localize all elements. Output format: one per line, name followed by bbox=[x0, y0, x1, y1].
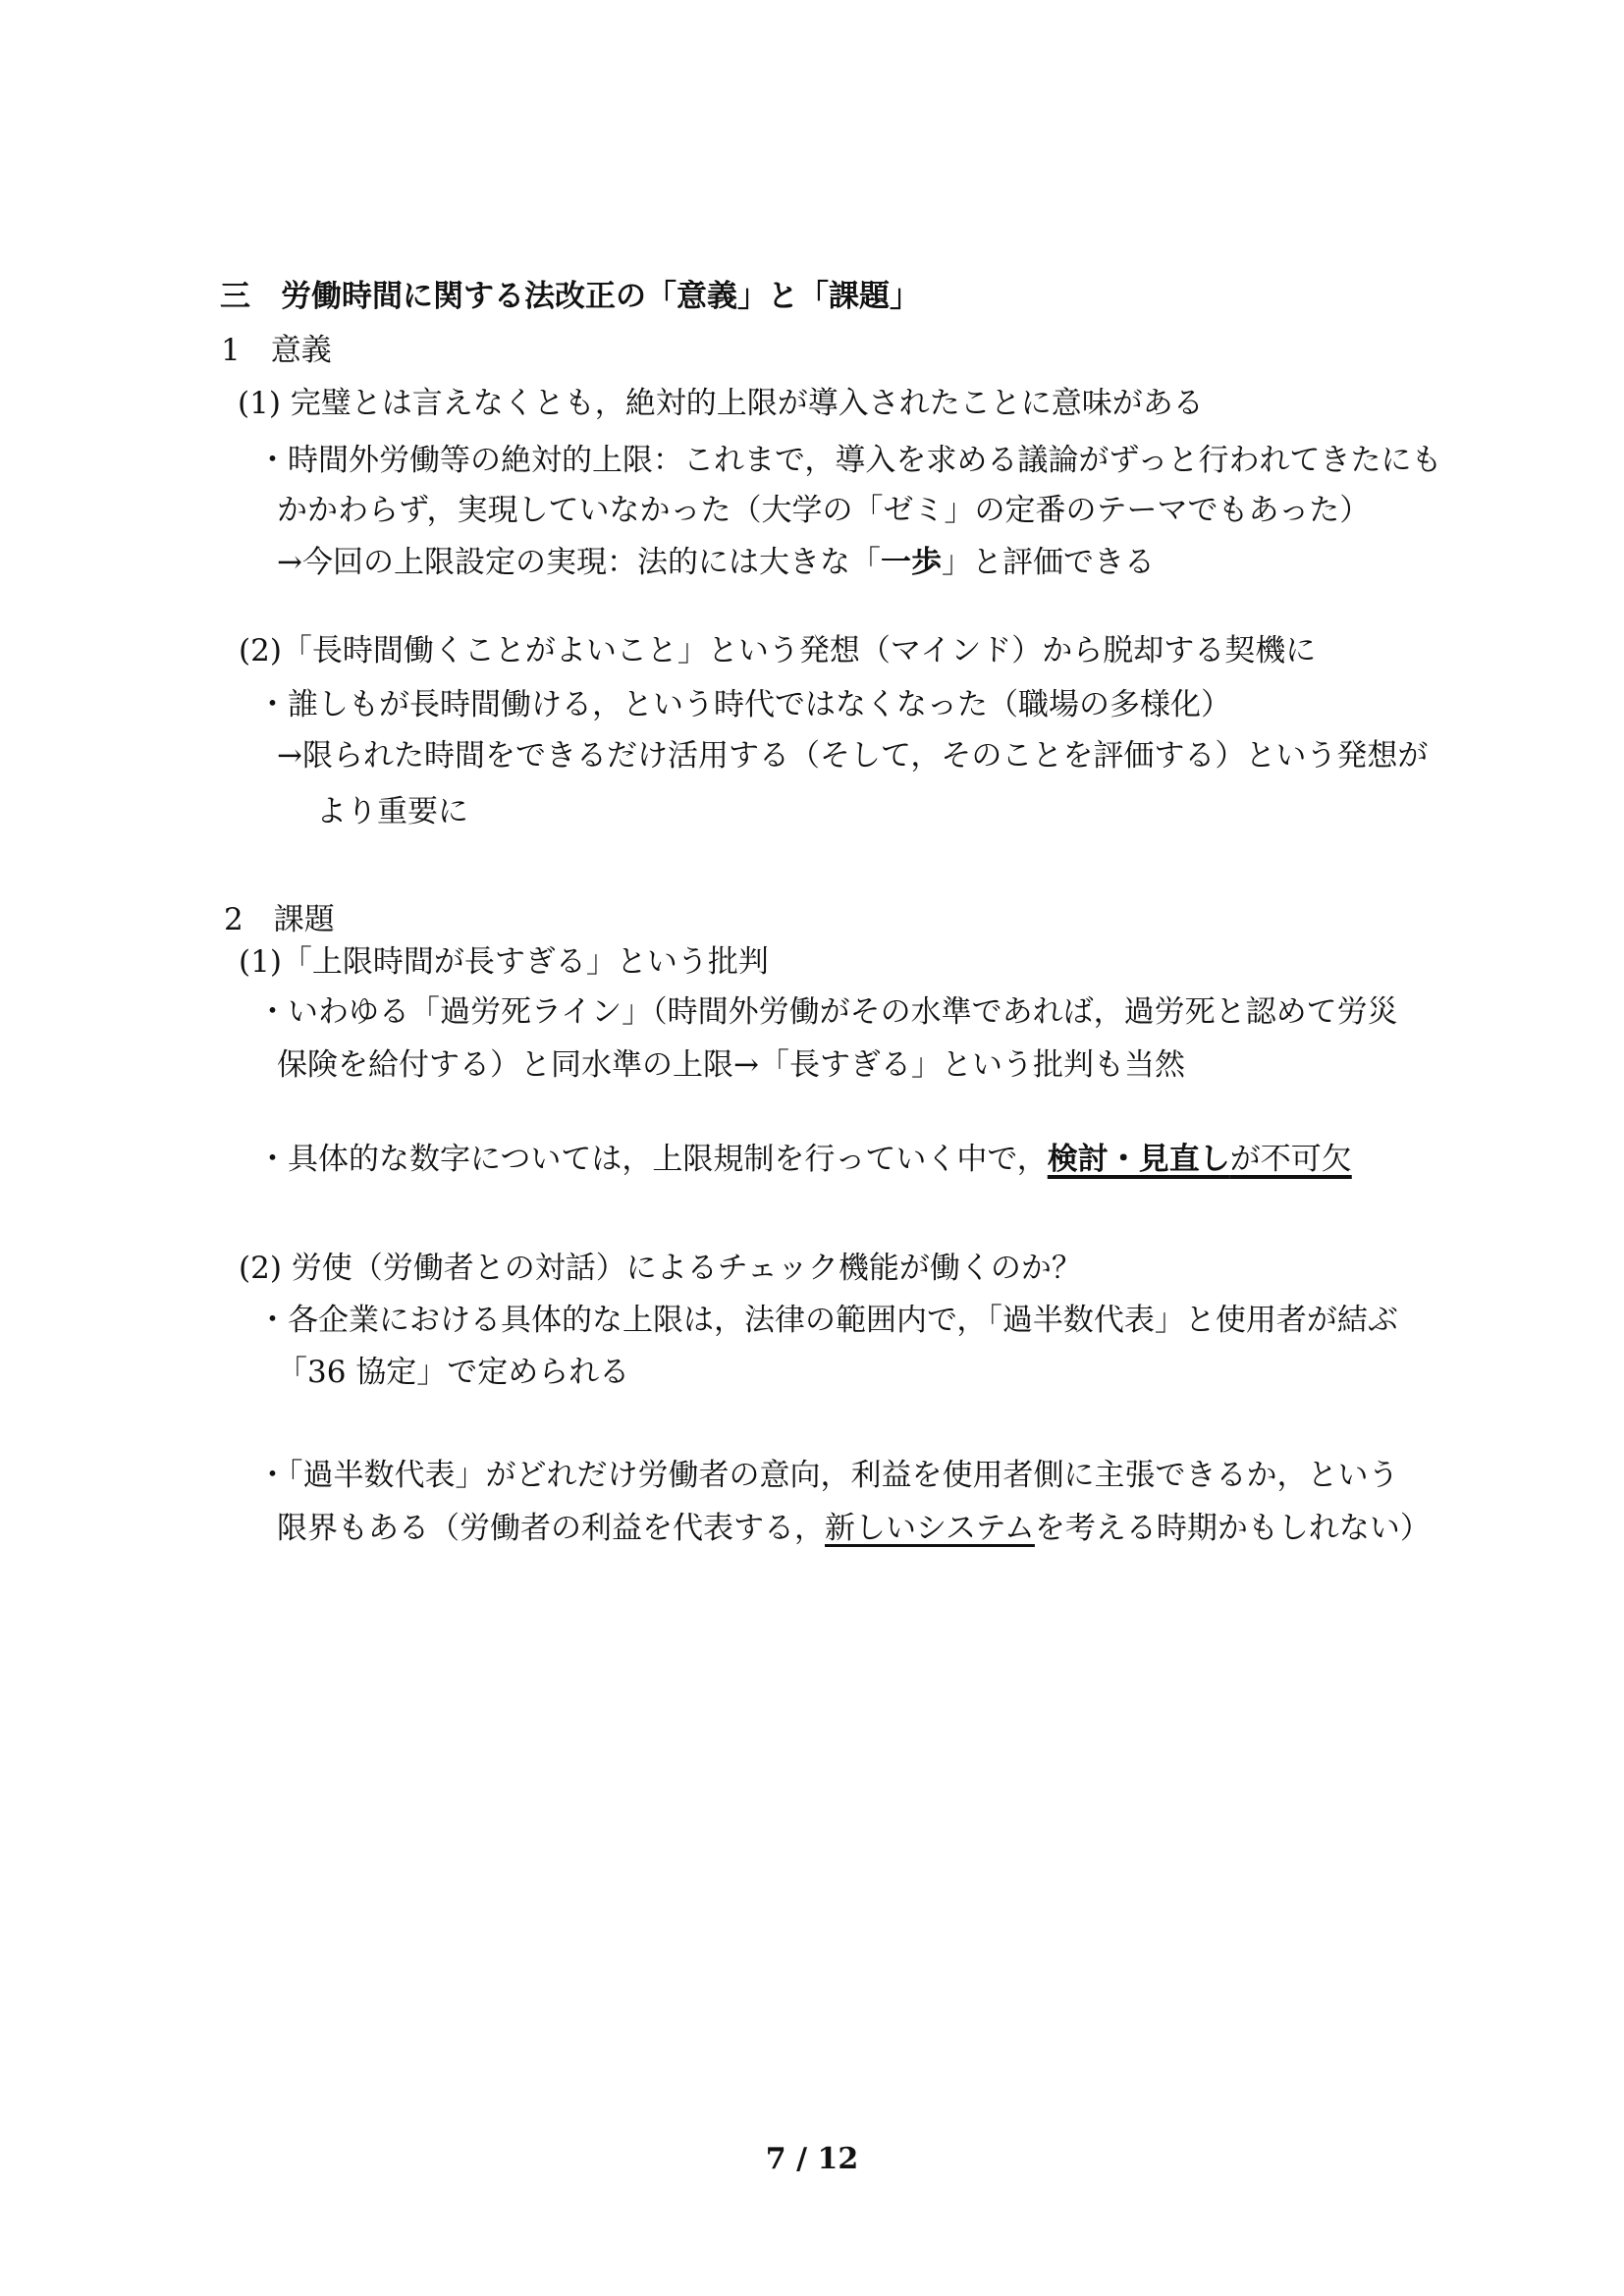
part1-heading-text: 1 意義 bbox=[221, 333, 332, 368]
part2-item2-heading-text: (2) 労使（労働者との対話）によるチェック機能が働くのか？ bbox=[239, 1251, 1082, 1286]
section-heading-text: 三 労働時間に関する法改正の「意義」と「課題」 bbox=[220, 277, 920, 316]
bullet-text: ・「過半数代表」がどれだけ労働者の意向，利益を使用者側に主張できるか，という bbox=[257, 1458, 1399, 1493]
bullet-continuation-text-end: を考える時期かもしれない） bbox=[1035, 1511, 1431, 1546]
part2-item2-heading: (2) 労使（労働者との対話）によるチェック機能が働くのか？ bbox=[239, 1249, 1082, 1288]
underlined-new-system: 新しいシステム bbox=[825, 1511, 1035, 1546]
part2-item2-bullet2-line2: 限界もある（労働者の利益を代表する，新しいシステムを考える時期かもしれない） bbox=[277, 1509, 1431, 1548]
part2-item1-bullet2: ・具体的な数字については，上限規制を行っていく中で，検討・見直しが不可欠 bbox=[257, 1140, 1352, 1179]
part1-item1-heading: (1) 完璧とは言えなくとも，絶対的上限が導入されたことに意味がある bbox=[238, 384, 1204, 423]
arrow-continuation-text: より重要に bbox=[316, 794, 468, 829]
part1-item2-heading: (2)「長時間働くことがよいこと」という発想（マインド）から脱却する契機に bbox=[239, 631, 1316, 670]
bullet-text: ・各企業における具体的な上限は，法律の範囲内で，「過半数代表」と使用者が結ぶ bbox=[257, 1303, 1398, 1338]
bullet-continuation-text: かかわらず，実現していなかった（大学の「ゼミ」の定番のテーマでもあった） bbox=[277, 493, 1370, 528]
emphasis-review: 検討・見直し bbox=[1048, 1142, 1230, 1177]
part1-item2-bullet1: ・誰しもが長時間働ける，という時代ではなくなった（職場の多様化） bbox=[257, 685, 1231, 724]
bullet-continuation-text: 限界もある（労働者の利益を代表する， bbox=[277, 1511, 825, 1546]
underlined-text-end: が不可欠 bbox=[1230, 1142, 1352, 1177]
part2-item1-bullet1-line2: 保険を給付する）と同水準の上限→「長すぎる」という批判も当然 bbox=[277, 1045, 1185, 1085]
bullet-text: ・時間外労働等の絶対的上限：これまで，導入を求める議論がずっと行われてきたにも bbox=[257, 443, 1442, 478]
bullet-text: ・いわゆる「過労死ライン」（時間外労働がその水準であれば，過労死と認めて労災 bbox=[257, 994, 1398, 1030]
part1-item1-bullet1-line2: かかわらず，実現していなかった（大学の「ゼミ」の定番のテーマでもあった） bbox=[277, 491, 1370, 530]
section-heading: 三 労働時間に関する法改正の「意義」と「課題」 bbox=[220, 277, 947, 316]
part1-item2-heading-text: (2)「長時間働くことがよいこと」という発想（マインド）から脱却する契機に bbox=[239, 633, 1316, 668]
part2-item1-heading-text: (1)「上限時間が長すぎる」という批判 bbox=[239, 944, 769, 980]
bullet-text: ・誰しもが長時間働ける，という時代ではなくなった（職場の多様化） bbox=[257, 687, 1231, 722]
emphasis-ippo: 一歩 bbox=[881, 545, 942, 580]
document-page: 三 労働時間に関する法改正の「意義」と「課題」 1 意義 (1) 完璧とは言えな… bbox=[0, 0, 1624, 2296]
arrow-line-text-end: 」と評価できる bbox=[942, 545, 1155, 580]
arrow-line-text: →限られた時間をできるだけ活用する（そして，そのことを評価する）という発想が bbox=[277, 738, 1428, 774]
bullet-text: ・具体的な数字については，上限規制を行っていく中で， bbox=[257, 1142, 1048, 1177]
part2-item1-bullet1-line1: ・いわゆる「過労死ライン」（時間外労働がその水準であれば，過労死と認めて労災 bbox=[257, 992, 1398, 1032]
bullet-continuation-text: 「36 協定」で定められる bbox=[277, 1355, 629, 1390]
part1-heading: 1 意義 bbox=[221, 331, 332, 370]
part2-item1-heading: (1)「上限時間が長すぎる」という批判 bbox=[239, 942, 769, 982]
part2-heading: 2 課題 bbox=[224, 900, 335, 939]
part1-item1-bullet1-line1: ・時間外労働等の絶対的上限：これまで，導入を求める議論がずっと行われてきたにも bbox=[257, 441, 1442, 480]
part2-item2-bullet1-line1: ・各企業における具体的な上限は，法律の範囲内で，「過半数代表」と使用者が結ぶ bbox=[257, 1301, 1398, 1340]
bullet-continuation-text: 保険を給付する）と同水準の上限→「長すぎる」という批判も当然 bbox=[277, 1047, 1185, 1083]
part2-item2-bullet1-line2: 「36 協定」で定められる bbox=[277, 1353, 629, 1392]
arrow-line-text: →今回の上限設定の実現：法的には大きな「 bbox=[277, 545, 881, 580]
part1-item2-arrow-line1: →限られた時間をできるだけ活用する（そして，そのことを評価する）という発想が bbox=[277, 736, 1428, 775]
part1-item1-heading-text: (1) 完璧とは言えなくとも，絶対的上限が導入されたことに意味がある bbox=[238, 386, 1204, 421]
part1-item2-arrow-line2: より重要に bbox=[316, 792, 468, 831]
part2-heading-text: 2 課題 bbox=[224, 902, 335, 937]
part2-item2-bullet2-line1: ・「過半数代表」がどれだけ労働者の意向，利益を使用者側に主張できるか，という bbox=[257, 1456, 1399, 1495]
page-number: 7 / 12 bbox=[0, 2142, 1624, 2177]
underlined-phrase-review: 検討・見直しが不可欠 bbox=[1048, 1142, 1352, 1177]
part1-item1-arrow-line: →今回の上限設定の実現：法的には大きな「一歩」と評価できる bbox=[277, 543, 1155, 582]
